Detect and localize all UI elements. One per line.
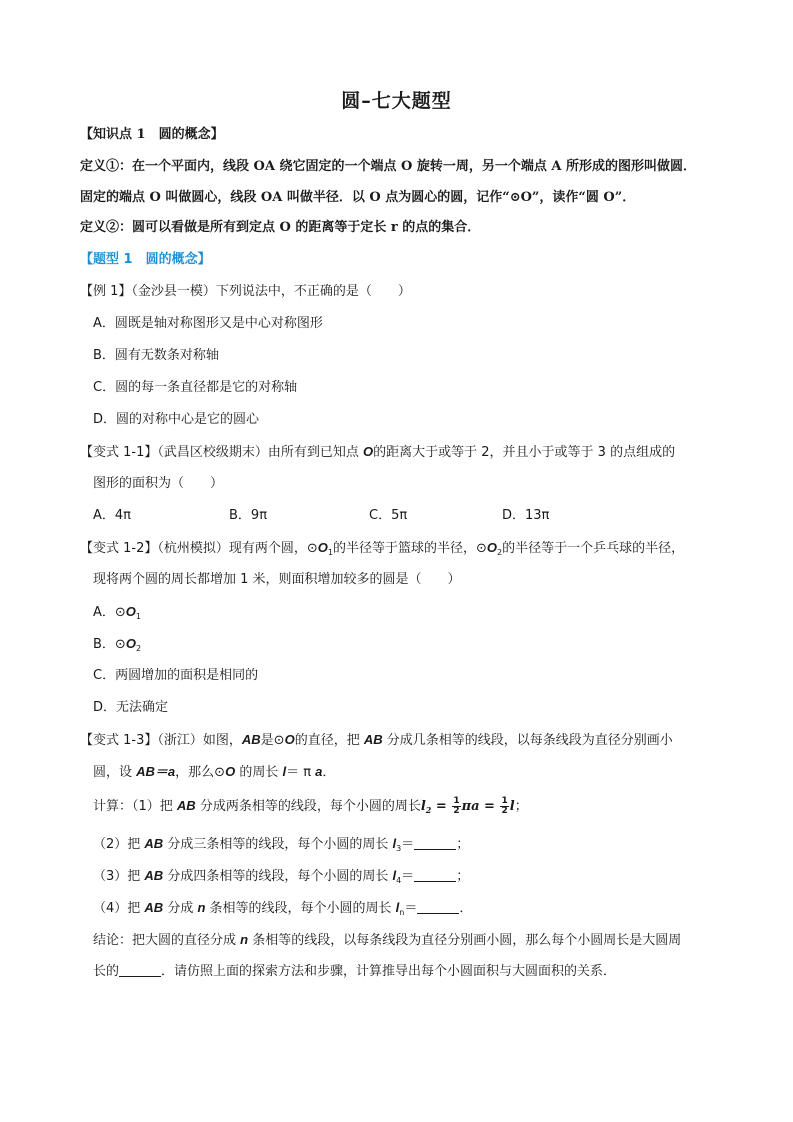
text: ．: [322, 765, 335, 780]
text: （浙江）如图，: [157, 733, 242, 748]
var-n: n: [240, 932, 248, 947]
document-page: 圆–七大题型 【知识点 1 圆的概念】 定义①：在一个平面内，线段 OA 绕它固…: [0, 0, 793, 1122]
calc-step-2: （2）把 AB 分成三条相等的线段，每个小圆的周长 l3＝；: [93, 835, 469, 858]
segment-ab: AB: [144, 900, 163, 915]
text: 分成几条相等的线段，以每条线段为直径分别画小: [383, 733, 673, 748]
segment-ab: AB: [177, 798, 196, 813]
option-a-prefix: A．⊙: [93, 605, 126, 620]
knowledge-point-heading: 【知识点 1 圆的概念】: [80, 126, 224, 144]
text: ．: [459, 901, 472, 916]
text: ；: [456, 837, 469, 852]
text: （4）把: [93, 901, 144, 916]
equals: =: [431, 799, 451, 814]
variant-1-2-text-b: 的半径等于篮球的半径，⊙: [333, 541, 487, 556]
text: ，那么⊙: [175, 765, 225, 780]
subscript-1: 1: [136, 612, 141, 621]
segment-ab: AB: [242, 732, 261, 747]
equals: ＝: [401, 869, 414, 884]
variant-1-1-option-a: A．4π: [93, 507, 131, 525]
variant-1-1-text: （武昌区校级期末）由所有到已知点: [157, 445, 363, 460]
text: 分成两条相等的线段，每个小圆的周长: [196, 799, 421, 814]
text: 条相等的线段，每个小圆的周长: [205, 901, 395, 916]
variant-1-1-question: 【变式 1-1】（武昌区校级期末）由所有到已知点 O的距离大于或等于 2，并且小…: [80, 443, 675, 462]
text: ＝ π: [286, 765, 315, 780]
point-o: O: [225, 764, 235, 779]
text: 的直径，把: [295, 733, 364, 748]
equals: =: [480, 799, 500, 814]
variant-1-3-question: 【变式 1-3】（浙江）如图，AB是⊙O的直径，把 AB 分成几条相等的线段，以…: [80, 731, 673, 750]
variant-1-2-text: （杭州模拟）现有两个圆，⊙: [157, 541, 317, 556]
variant-1-2-option-c: C．两圆增加的面积是相同的: [93, 667, 258, 685]
definition-1-line-1: 定义①：在一个平面内，线段 OA 绕它固定的一个端点 O 旋转一周，另一个端点 …: [80, 158, 696, 176]
conclusion-line-1: 结论：把大圆的直径分成 n 条相等的线段，以每条线段为直径分别画小圆，那么每个小…: [93, 931, 681, 950]
text: 分成: [163, 901, 197, 916]
text: （3）把: [93, 869, 144, 884]
text: 分成三条相等的线段，每个小圆的周长: [163, 837, 392, 852]
variant-1-2-option-a: A．⊙O1: [93, 603, 141, 626]
answer-blank-l4[interactable]: [414, 869, 456, 882]
variant-1-2-option-b: B．⊙O2: [93, 635, 141, 658]
option-b-prefix: B．⊙: [93, 637, 126, 652]
fraction-one-half: 12: [452, 797, 460, 816]
variant-1-1-option-c: C．5π: [369, 507, 407, 525]
segment-ab: AB: [144, 868, 163, 883]
segment-ab: AB: [144, 836, 163, 851]
page-title: 圆–七大题型: [0, 86, 793, 113]
point-o: O: [285, 732, 295, 747]
example-1-option-a: A．圆既是轴对称图形又是中心对称图形: [93, 315, 323, 333]
text: 结论：把大圆的直径分成: [93, 933, 240, 948]
text: 的周长: [235, 765, 282, 780]
circle-o2: O: [126, 636, 136, 651]
variant-1-2-label: 【变式 1-2】: [80, 541, 157, 556]
ab-equals-a: AB＝a: [136, 764, 175, 779]
example-1-option-b: B．圆有无数条对称轴: [93, 347, 219, 365]
variant-1-1-text-cont: 的距离大于或等于 2，并且小于或等于 3 的点组成的: [373, 445, 675, 460]
segment-ab: AB: [364, 732, 383, 747]
type-1-heading: 【题型 1 圆的概念】: [80, 251, 211, 269]
answer-blank-ln[interactable]: [417, 901, 459, 914]
conclusion-line-2: 长的．请仿照上面的探索方法和步骤，计算推导出每个小圆面积与大圆面积的关系．: [93, 963, 616, 981]
answer-blank-l3[interactable]: [414, 837, 456, 850]
calc-step-4: （4）把 AB 分成 n 条相等的线段，每个小圆的周长 ln＝．: [93, 899, 472, 922]
calc-step-1: 计算：（1）把 AB 分成两条相等的线段，每个小圆的周长l2 = 12πa = …: [93, 797, 528, 819]
equals: ＝: [401, 837, 414, 852]
text: 分成四条相等的线段，每个小圆的周长: [163, 869, 392, 884]
variant-1-1-line-2: 图形的面积为（ ）: [93, 475, 223, 493]
variant-1-1-label: 【变式 1-1】: [80, 445, 157, 460]
calc-step-3: （3）把 AB 分成四条相等的线段，每个小圆的周长 l4＝；: [93, 867, 469, 890]
answer-blank-ratio[interactable]: [119, 964, 161, 977]
point-o: O: [363, 444, 373, 459]
text: 计算：（1）把: [93, 799, 177, 814]
example-1-option-d: D．圆的对称中心是它的圆心: [93, 411, 259, 429]
fraction-one-half: 12: [500, 797, 508, 816]
text: 长的: [93, 964, 119, 979]
variant-1-3-line-2: 圆，设 AB＝a，那么⊙O 的周长 l＝ π a．: [93, 763, 335, 782]
example-1-question: 【例 1】（金沙县一模）下列说法中，不正确的是（ ）: [80, 283, 411, 301]
text: ．请仿照上面的探索方法和步骤，计算推导出每个小圆面积与大圆面积的关系．: [161, 964, 616, 979]
variant-1-1-option-b: B．9π: [229, 507, 267, 525]
example-1-option-c: C．圆的每一条直径都是它的对称轴: [93, 379, 297, 397]
equals: ＝: [404, 901, 417, 916]
variant-1-2-question: 【变式 1-2】（杭州模拟）现有两个圆，⊙O1的半径等于篮球的半径，⊙O2的半径…: [80, 539, 684, 562]
example-1-text: （金沙县一模）下列说法中，不正确的是（ ）: [131, 284, 411, 299]
text: 是⊙: [261, 733, 285, 748]
variant-1-2-line-2: 现将两个圆的周长都增加 1 米，则面积增加较多的圆是（ ）: [93, 571, 461, 589]
variant-1-3-label: 【变式 1-3】: [80, 733, 157, 748]
circle-o1: O: [318, 540, 328, 555]
circle-o2: O: [487, 540, 497, 555]
definition-1-line-2: 固定的端点 O 叫做圆心，线段 OA 叫做半径．以 O 点为圆心的圆，记作“⊙O…: [80, 189, 635, 207]
denominator: 2: [452, 807, 460, 816]
variant-1-2-text-c: 的半径等于一个乒乓球的半径，: [502, 541, 684, 556]
example-1-label: 【例 1】: [80, 284, 131, 299]
text: 条相等的线段，以每条线段为直径分别画小圆，那么每个小圆周长是大圆周: [248, 933, 681, 948]
variant-1-2-option-d: D．无法确定: [93, 699, 168, 717]
text: ；: [456, 869, 469, 884]
pi-a: πa: [462, 799, 480, 814]
text: 圆，设: [93, 765, 136, 780]
variant-1-1-option-d: D．13π: [502, 507, 549, 525]
denominator: 2: [500, 807, 508, 816]
subscript-2: 2: [136, 644, 141, 653]
definition-2: 定义②：圆可以看做是所有到定点 O 的距离等于定长 r 的点的集合．: [80, 219, 480, 237]
circle-o1: O: [126, 604, 136, 619]
text: ；: [515, 799, 528, 814]
text: （2）把: [93, 837, 144, 852]
